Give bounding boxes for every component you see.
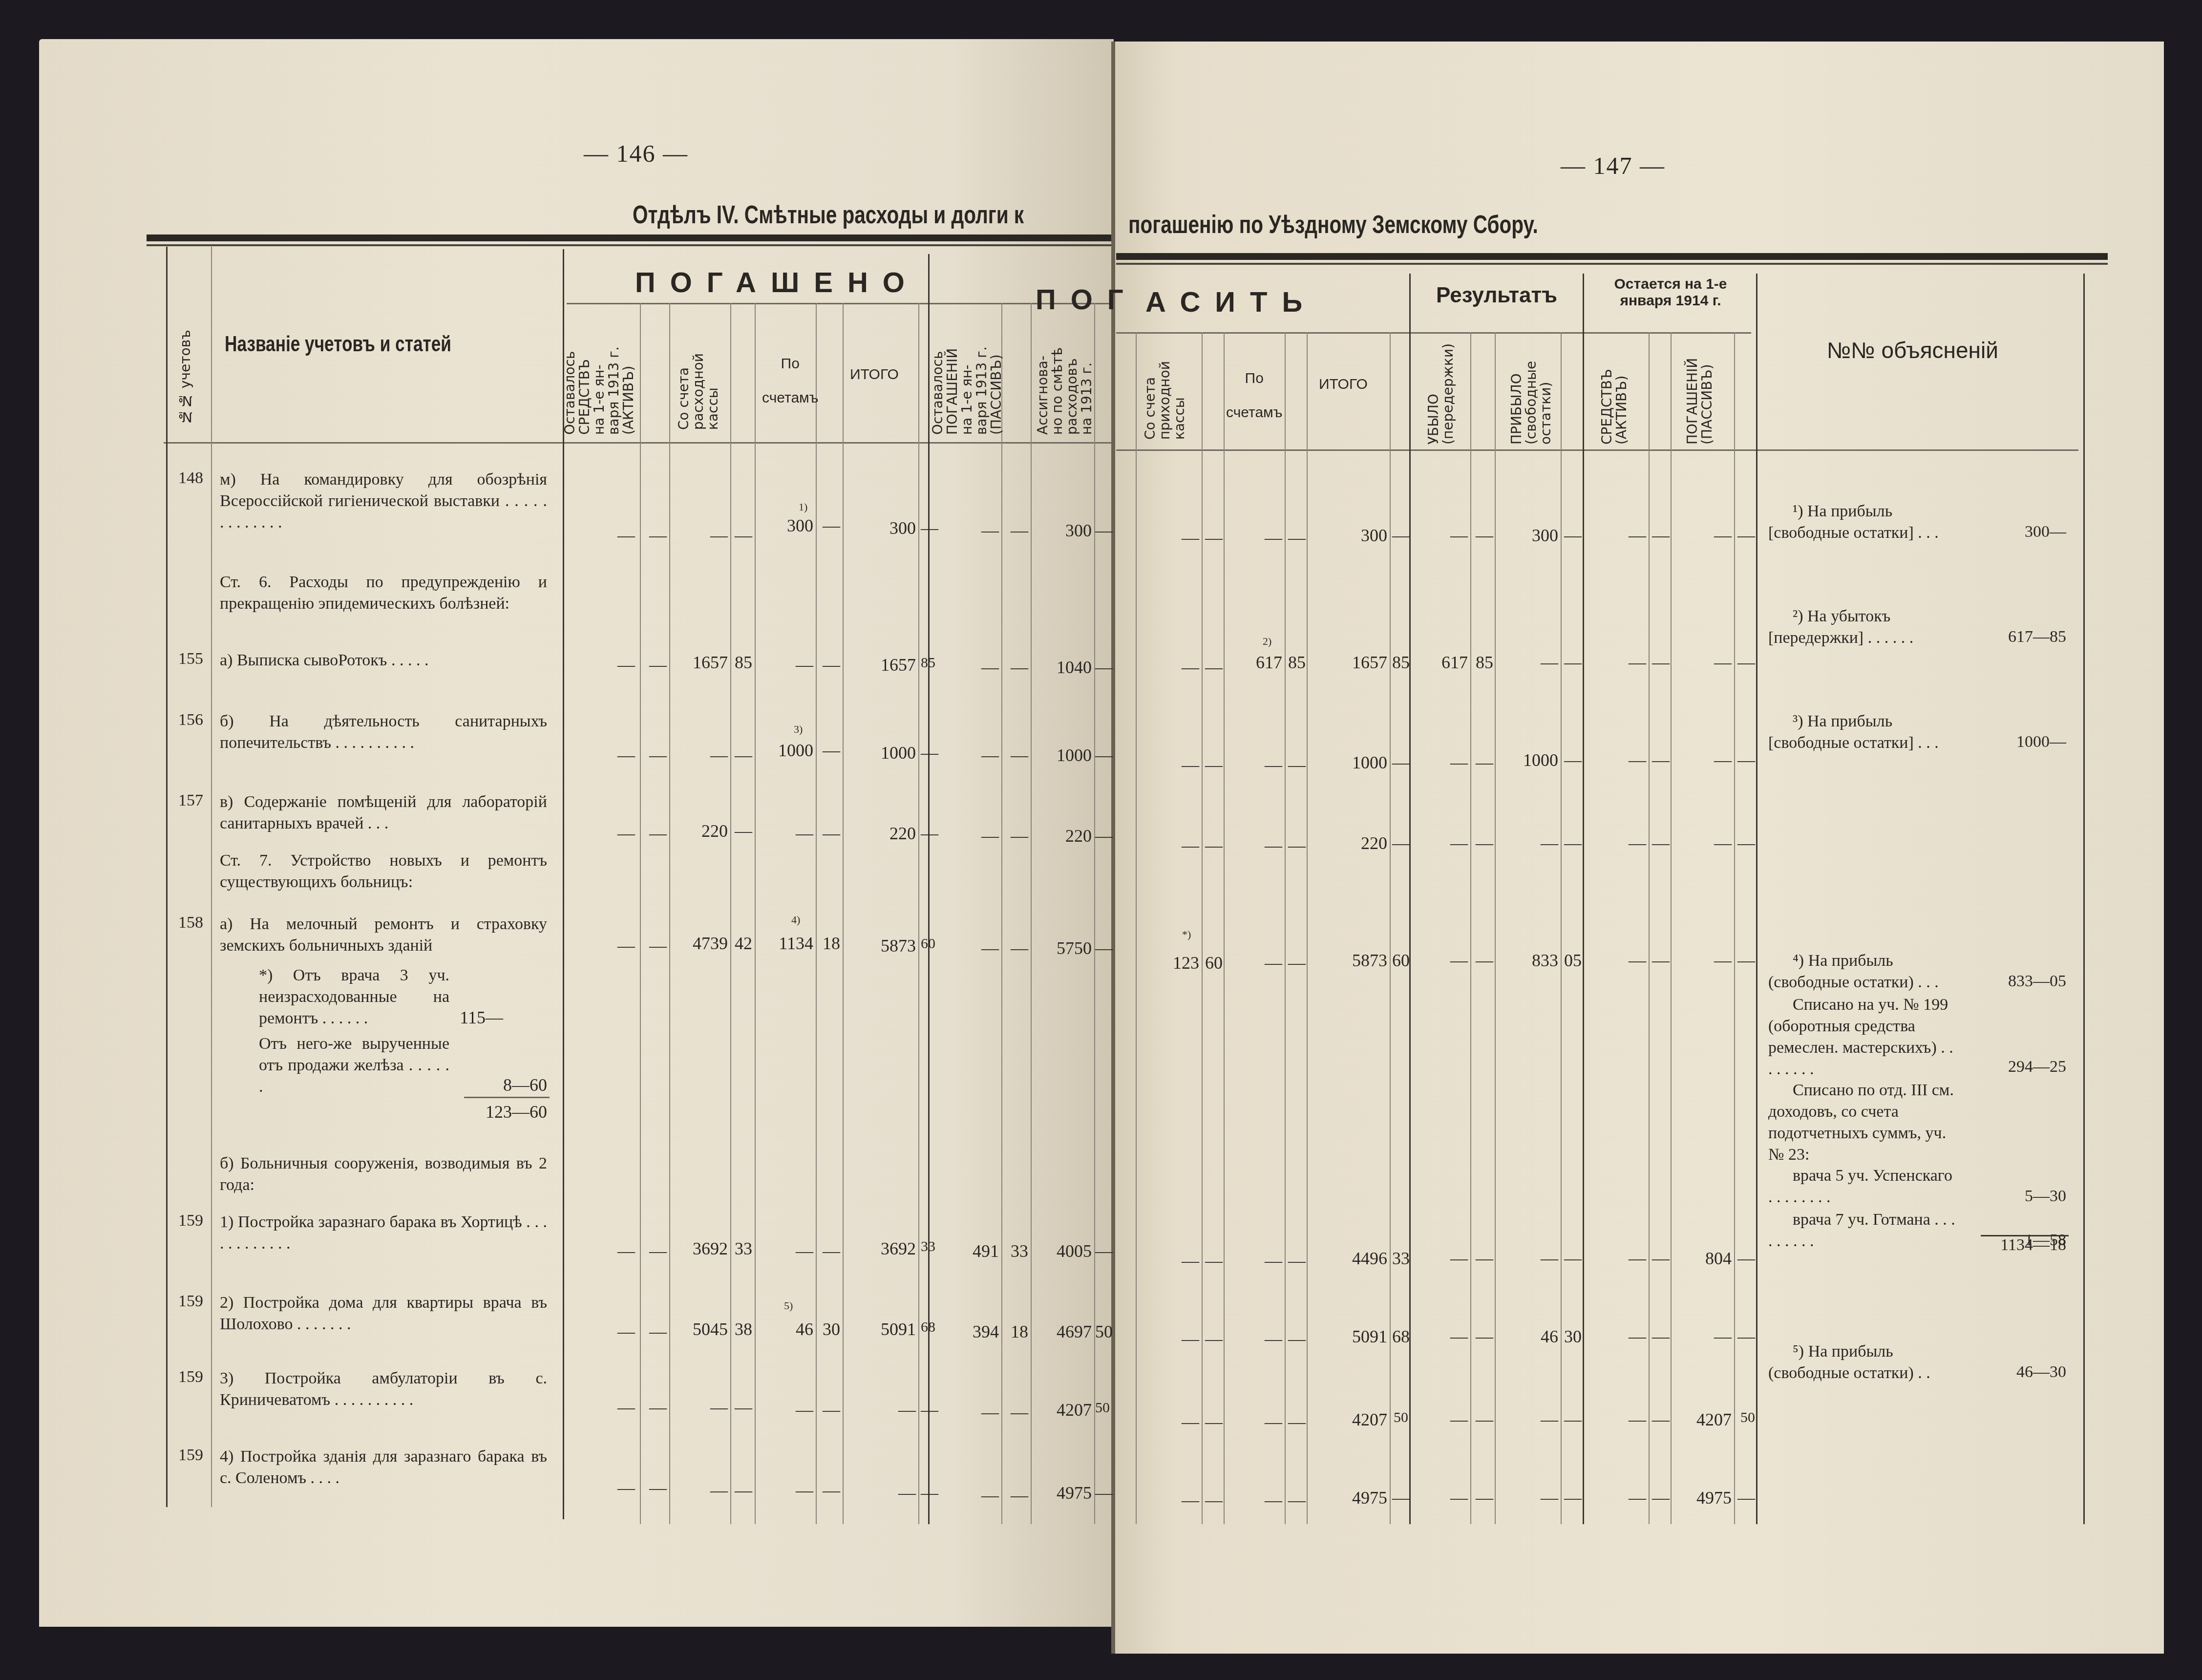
cell-value: 4496 [1309,1248,1387,1269]
article-heading: Ст. 6. Расходы по предупрежденію и прекр… [220,572,547,615]
cell-value: — [1473,1326,1493,1347]
cell-value: 1000 [1033,745,1092,766]
group-header-pogasit-right: АСИТЬ [1145,286,1317,319]
cell-value: — [933,1402,999,1423]
cell-value: — [1287,755,1306,775]
explanation-text: врача 5 уч. Успенскаго . . . . . . . . [1768,1165,1959,1208]
explanation-value: 46—30 [1969,1363,2066,1382]
cell-value: 300 [1497,525,1558,546]
cell-value: — [933,826,999,846]
cell-value: 5091 [1309,1326,1387,1347]
cell-value: — [1473,950,1493,971]
cell-value: — [1095,520,1110,541]
cell-value: — [1673,525,1732,546]
article-heading: Ст. 7. Устройство новыхъ и ремонтъ сущес… [220,850,547,893]
cell-value: — [1138,835,1199,856]
cell-value: — [567,655,635,675]
cell-value: — [733,1397,752,1418]
col-border [755,303,756,1524]
cell-value: 1040 [1033,657,1092,678]
cell-value: 46 [757,1319,813,1340]
cell-value: — [567,1478,635,1498]
header-ostavalos-pogasheniy: Оставалось ПОГАШЕНІЙ на 1-е ян- варя 191… [931,318,1004,435]
cell-value: 220 [1033,826,1092,846]
cell-value: 33 [1392,1248,1408,1269]
cell-value: — [672,525,728,546]
cell-value: — [1673,652,1732,673]
cell-value: — [921,518,927,538]
footnote-marker: *) [1182,928,1191,941]
cell-value: — [1736,950,1755,971]
header-so-scheta-prikhodnoy: Со счета приходной кассы [1143,342,1187,440]
cell-value: — [1473,1248,1493,1269]
explanation-value: 1000— [1969,733,2066,751]
cell-value: — [1138,1490,1199,1510]
explanation-value: 617—85 [1969,628,2066,646]
header-ostavalos-sredstv: Оставалось СРЕДСТВЪ на 1-е ян- варя 1913… [563,313,636,435]
cell-value: 5045 [672,1319,728,1340]
cell-value: — [1651,950,1670,971]
cell-value: — [1095,938,1110,958]
cell-value: — [1412,752,1468,773]
header-bottom-rule-left [164,442,1111,444]
group-header-divider-left [567,303,1111,304]
cell-value: — [818,515,840,536]
cell-value: — [1204,755,1223,775]
cell-value: — [642,1397,667,1418]
explanation-value: 5—30 [1969,1187,2066,1206]
cell-value: 5750 [1033,938,1092,958]
footnote-158-total: 123—60 [464,1102,547,1122]
cell-value: — [1585,525,1646,546]
cell-value: — [642,525,667,546]
header-sredstv-aktiv: СРЕДСТВЪ (АКТИВЪ) [1600,337,1629,445]
cell-value: — [1138,755,1199,775]
cell-value: — [1673,833,1732,853]
cell-value: — [642,823,667,844]
header-itogo-left: ИТОГО [850,366,899,383]
cell-value: — [1226,1412,1282,1432]
cell-value: — [1651,1326,1670,1347]
cell-value: — [1563,652,1582,673]
cell-value: — [1651,1409,1670,1430]
cell-value: — [1412,1248,1468,1269]
cell-value: 220 [672,821,728,841]
cell-value: — [642,1321,667,1342]
cell-value: — [1585,833,1646,853]
footnote-marker: 1) [799,501,807,513]
cell-value: — [642,1241,667,1261]
cell-value: — [845,1483,916,1503]
cell-value: — [1585,1409,1646,1430]
header-po-schetam-right: По счетамъ [1226,362,1282,430]
cell-value: — [1226,835,1282,856]
cell-value: — [1651,750,1670,770]
col-border [166,247,168,1507]
cell-value: — [1736,750,1755,770]
cell-value: — [933,520,999,541]
cell-value: 1000 [1497,750,1558,770]
cell-value: 4207 [1033,1400,1092,1420]
col-border [1031,303,1032,1524]
row-account-number: 157 [178,791,203,810]
cell-value: — [1226,1251,1282,1271]
cell-value: 5873 [845,936,916,956]
cell-value: — [1392,1488,1408,1508]
row-description: 3) Постройка амбулаторіи въ с. Криничева… [220,1368,547,1411]
page-number-right: — 147 — [1561,151,1665,180]
cell-value: 05 [1563,950,1582,971]
footnote-158-value1: 115— [449,1007,503,1028]
row-description: м) На командировку для обозрѣнія Всеросс… [220,469,547,533]
cell-value: 3692 [672,1238,728,1259]
cell-value: — [567,525,635,546]
cell-value: — [1563,1488,1582,1508]
cell-value: — [1651,1488,1670,1508]
top-rule-right [1116,253,2108,260]
cell-value: — [921,1400,927,1420]
cell-value: — [1651,652,1670,673]
cell-value: 68 [921,1319,927,1336]
cell-value: — [1412,950,1468,971]
cell-value: — [642,745,667,766]
col-border [816,303,817,1524]
cell-value: 85 [733,652,752,673]
row-account-number: 156 [178,711,203,729]
col-border [1285,332,1286,1524]
cell-value: 30 [818,1319,840,1340]
cell-value: — [1392,525,1408,546]
cell-value: 38 [733,1319,752,1340]
explanation-text: ¹) На прибыль [свободные остатки] . . . [1768,501,1959,544]
cell-value: — [1412,525,1468,546]
cell-value: 60 [1392,950,1408,971]
cell-value: — [757,1480,813,1501]
col-border [1202,332,1203,1524]
cell-value: 60 [921,936,927,952]
col-border [1224,332,1225,1524]
cell-value: — [672,1480,728,1501]
cell-value: — [1651,525,1670,546]
cell-value: — [1204,1490,1223,1510]
cell-value: 1657 [1309,652,1387,673]
cell-value: — [1226,528,1282,548]
row-account-number: 159 [178,1446,203,1465]
col-border [918,303,919,1524]
explanation-value: 833—05 [1969,972,2066,991]
cell-value: 300 [1309,525,1387,546]
footnote-158-line2: Отъ него-же вырученные отъ продажи желѣз… [259,1033,449,1098]
row-account-number: 159 [178,1368,203,1386]
cell-value: — [733,821,752,841]
explanation-text: Списано по отд. III см. доходовъ, со сче… [1768,1080,1959,1166]
cell-value: 4207 [1673,1409,1732,1430]
cell-value: — [733,745,752,766]
cell-value: 50 [1095,1321,1110,1342]
cell-value: — [1673,950,1732,971]
col-border [1495,332,1496,1524]
cell-value: — [921,743,927,763]
cell-value: — [1673,750,1732,770]
row-description: а) Выписка сывоРотокъ . . . . . [220,650,547,671]
cell-value: — [1497,1488,1558,1508]
cell-value: 18 [818,933,840,954]
cell-value: — [757,1241,813,1261]
col-border [1734,332,1735,1524]
cell-value: — [642,936,667,956]
cell-value: — [567,823,635,844]
cell-value: — [818,823,840,844]
cell-value: — [1138,1251,1199,1271]
explanation-value: 300— [1969,523,2066,541]
cell-value: 4975 [1673,1488,1732,1508]
cell-value: — [567,1241,635,1261]
cell-value: — [1585,950,1646,971]
cell-value: — [1004,1485,1028,1506]
cell-value: — [933,938,999,958]
cell-value: — [818,1241,840,1261]
cell-value: — [757,823,813,844]
cell-value: — [567,1397,635,1418]
cell-value: — [1204,1412,1223,1432]
cell-value: — [1651,833,1670,853]
section-title-left: Отдѣлъ IV. Смѣтные расходы и долги к [633,200,1024,230]
cell-value: 18 [1004,1321,1028,1342]
cell-value: 85 [1287,652,1306,673]
cell-value: — [733,1480,752,1501]
cell-value: — [1226,755,1282,775]
article-heading: б) Больничныя сооруженія, возводимыя въ … [220,1153,547,1196]
header-ubylo: УБЫЛО (передержки) [1426,332,1456,445]
cell-value: — [1204,1329,1223,1349]
cell-value: — [1287,1490,1306,1510]
group-header-result: Результатъ [1436,283,1557,308]
cell-value: — [642,655,667,675]
cell-value: — [1287,1329,1306,1349]
header-explanations: №№ объясненій [1827,337,1998,363]
cell-value: — [1095,657,1110,678]
cell-value: — [672,1397,728,1418]
header-so-scheta-raskhodnoy: Со счета расходной кассы [677,322,720,430]
footnote-marker: 5) [784,1299,793,1312]
cell-value: — [1473,525,1493,546]
col-border [1136,332,1137,1524]
cell-value: — [642,1478,667,1498]
cell-value: 1657 [845,655,916,675]
cell-value: 33 [1004,1241,1028,1261]
cell-value: 4207 [1309,1409,1387,1430]
cell-value: 46 [1497,1326,1558,1347]
cell-value: — [1412,1488,1468,1508]
cell-value: 617 [1412,652,1468,673]
cell-value: 85 [1392,652,1408,673]
cell-value: — [1095,826,1110,846]
cell-value: — [1204,657,1223,678]
cell-value: 3692 [845,1238,916,1259]
cell-value: — [1563,1248,1582,1269]
row-description: б) На дѣятельность санитарныхъ попечител… [220,711,547,754]
section-title-right: погашенію по Уѣздному Земскому Сбору. [1128,210,1538,239]
cell-value: — [921,1483,927,1503]
page-number-left: — 146 — [584,139,688,168]
explanation-text: врача 7 уч. Готмана . . . . . . . . . [1768,1209,1959,1252]
cell-value: — [1226,1490,1282,1510]
cell-value: 804 [1673,1248,1732,1269]
cell-value: 30 [1563,1326,1582,1347]
cell-value: — [921,823,927,844]
top-rule-left [147,234,1111,241]
cell-value: 1000 [1309,752,1387,773]
explanation-text: ⁵) На прибыль (свободные остатки) . . [1768,1341,1959,1384]
cell-value: — [567,1321,635,1342]
cell-value: 33 [733,1238,752,1259]
cell-value: — [1673,1326,1732,1347]
cell-value: — [1473,752,1493,773]
cell-value: 5873 [1309,950,1387,971]
header-account-name: Названіе учетовъ и статей [225,332,451,357]
cell-value: — [1585,652,1646,673]
row-account-number: 159 [178,1212,203,1230]
explanation-value: 294—25 [1969,1058,2066,1076]
cell-value: — [1736,1248,1755,1269]
cell-value: — [1651,1248,1670,1269]
cell-value: 123 [1138,953,1199,973]
cell-value: — [1585,750,1646,770]
cell-value: — [1138,1412,1199,1432]
col-border [1307,332,1308,1524]
explanation-text: ⁴) На прибыль (свободные остатки) . . . [1768,950,1959,993]
cell-value: 4697 [1033,1321,1092,1342]
col-border [2083,274,2085,1524]
cell-value: — [733,525,752,546]
cell-value: 60 [1204,953,1223,973]
cell-value: 42 [733,933,752,954]
cell-value: — [818,740,840,761]
cell-value: — [1004,745,1028,766]
cell-value: — [933,1485,999,1506]
cell-value: 394 [933,1321,999,1342]
col-border [669,303,670,1524]
cell-value: 33 [921,1238,927,1255]
cell-value: 1134 [757,933,813,954]
cell-value: — [757,1400,813,1420]
cell-value: — [1392,752,1408,773]
cell-value: 220 [1309,833,1387,853]
cell-value: 300 [845,518,916,538]
cell-value: — [933,745,999,766]
header-itogo-right: ИТОГО [1319,376,1368,393]
cell-value: — [1392,833,1408,853]
cell-value: — [1204,1251,1223,1271]
col-border [1390,332,1391,1524]
cell-value: — [1004,657,1028,678]
cell-value: — [1204,528,1223,548]
cell-value: 1000 [845,743,916,763]
cell-value: — [1287,953,1306,973]
cell-value: — [1563,750,1582,770]
cell-value: — [1004,938,1028,958]
header-pogasheniy-passiv: ПОГАШЕНІЙ (ПАССИВЪ) [1685,332,1715,445]
cell-value: 85 [1473,652,1493,673]
cell-value: 4975 [1309,1488,1387,1508]
footnote-158-value2: 8—60 [449,1075,547,1095]
cell-value: 300 [1033,520,1092,541]
cell-value: — [567,936,635,956]
cell-value: — [1412,833,1468,853]
cell-value: — [933,657,999,678]
cell-value: — [1412,1409,1468,1430]
cell-value: 50 [1736,1409,1755,1426]
cell-value: — [1287,1412,1306,1432]
row-description: в) Содержаніе помѣщеній для лабораторій … [220,791,547,834]
col-border [640,303,641,1524]
footnote-marker: 2) [1263,635,1271,648]
col-border [1671,332,1672,1524]
cell-value: — [1736,525,1755,546]
header-assignovano: Ассигнова- но по смѣтѣ расходовъ на 1913… [1036,318,1094,435]
row-account-number: 159 [178,1292,203,1311]
col-border [843,303,844,1524]
cell-value: 1657 [672,652,728,673]
cell-value: — [757,655,813,675]
cell-value: — [1563,1409,1582,1430]
col-border [1756,274,1757,1524]
explanation-total: 1134—18 [1969,1236,2066,1255]
row-description: 1) Постройка заразнаго барака въ Хортицѣ… [220,1212,547,1255]
explanation-text: ²) На убытокъ [передержки] . . . . . . [1768,606,1959,649]
row-account-number: 148 [178,469,203,488]
col-border [1470,332,1471,1524]
footnote-marker: 3) [794,723,803,736]
cell-value: — [1563,525,1582,546]
cell-value: — [1004,520,1028,541]
col-border [563,249,564,1519]
cell-value: — [1563,833,1582,853]
cell-value: — [1226,1329,1282,1349]
cell-value: 491 [933,1241,999,1261]
cell-value: — [1287,1251,1306,1271]
group-header-pogasit-left: ПОГ [1036,283,1138,316]
row-description: 2) Постройка дома для квартиры врача въ … [220,1292,547,1335]
cell-value: 220 [845,823,916,844]
cell-value: — [1497,833,1558,853]
cell-value: 4975 [1033,1483,1092,1503]
cell-value: 4739 [672,933,728,954]
row-description: 4) Постройка зданія для заразнаго барака… [220,1446,547,1489]
explanation-text: Списано на уч. № 199 (оборотныя средства… [1768,994,1959,1080]
cell-value: 85 [921,655,927,671]
row-account-number: 158 [178,914,203,932]
cell-value: — [1287,528,1306,548]
cell-value: — [845,1400,916,1420]
cell-value: — [1004,1402,1028,1423]
cell-value: — [1095,1483,1110,1503]
cell-value: — [1736,1488,1755,1508]
cell-value: — [1138,657,1199,678]
col-border [1583,274,1584,1524]
cell-value: 617 [1226,652,1282,673]
cell-value: — [1138,528,1199,548]
cell-value: — [1736,1326,1755,1347]
cell-value: 300 [757,515,813,536]
cell-value: 68 [1392,1326,1408,1347]
col-border [1649,332,1650,1524]
cell-value: — [1004,826,1028,846]
cell-value: — [1473,833,1493,853]
cell-value: 4005 [1033,1241,1092,1261]
explanation-text: ³) На прибыль [свободные остатки] . . . [1768,711,1959,754]
cell-value: — [1497,1409,1558,1430]
